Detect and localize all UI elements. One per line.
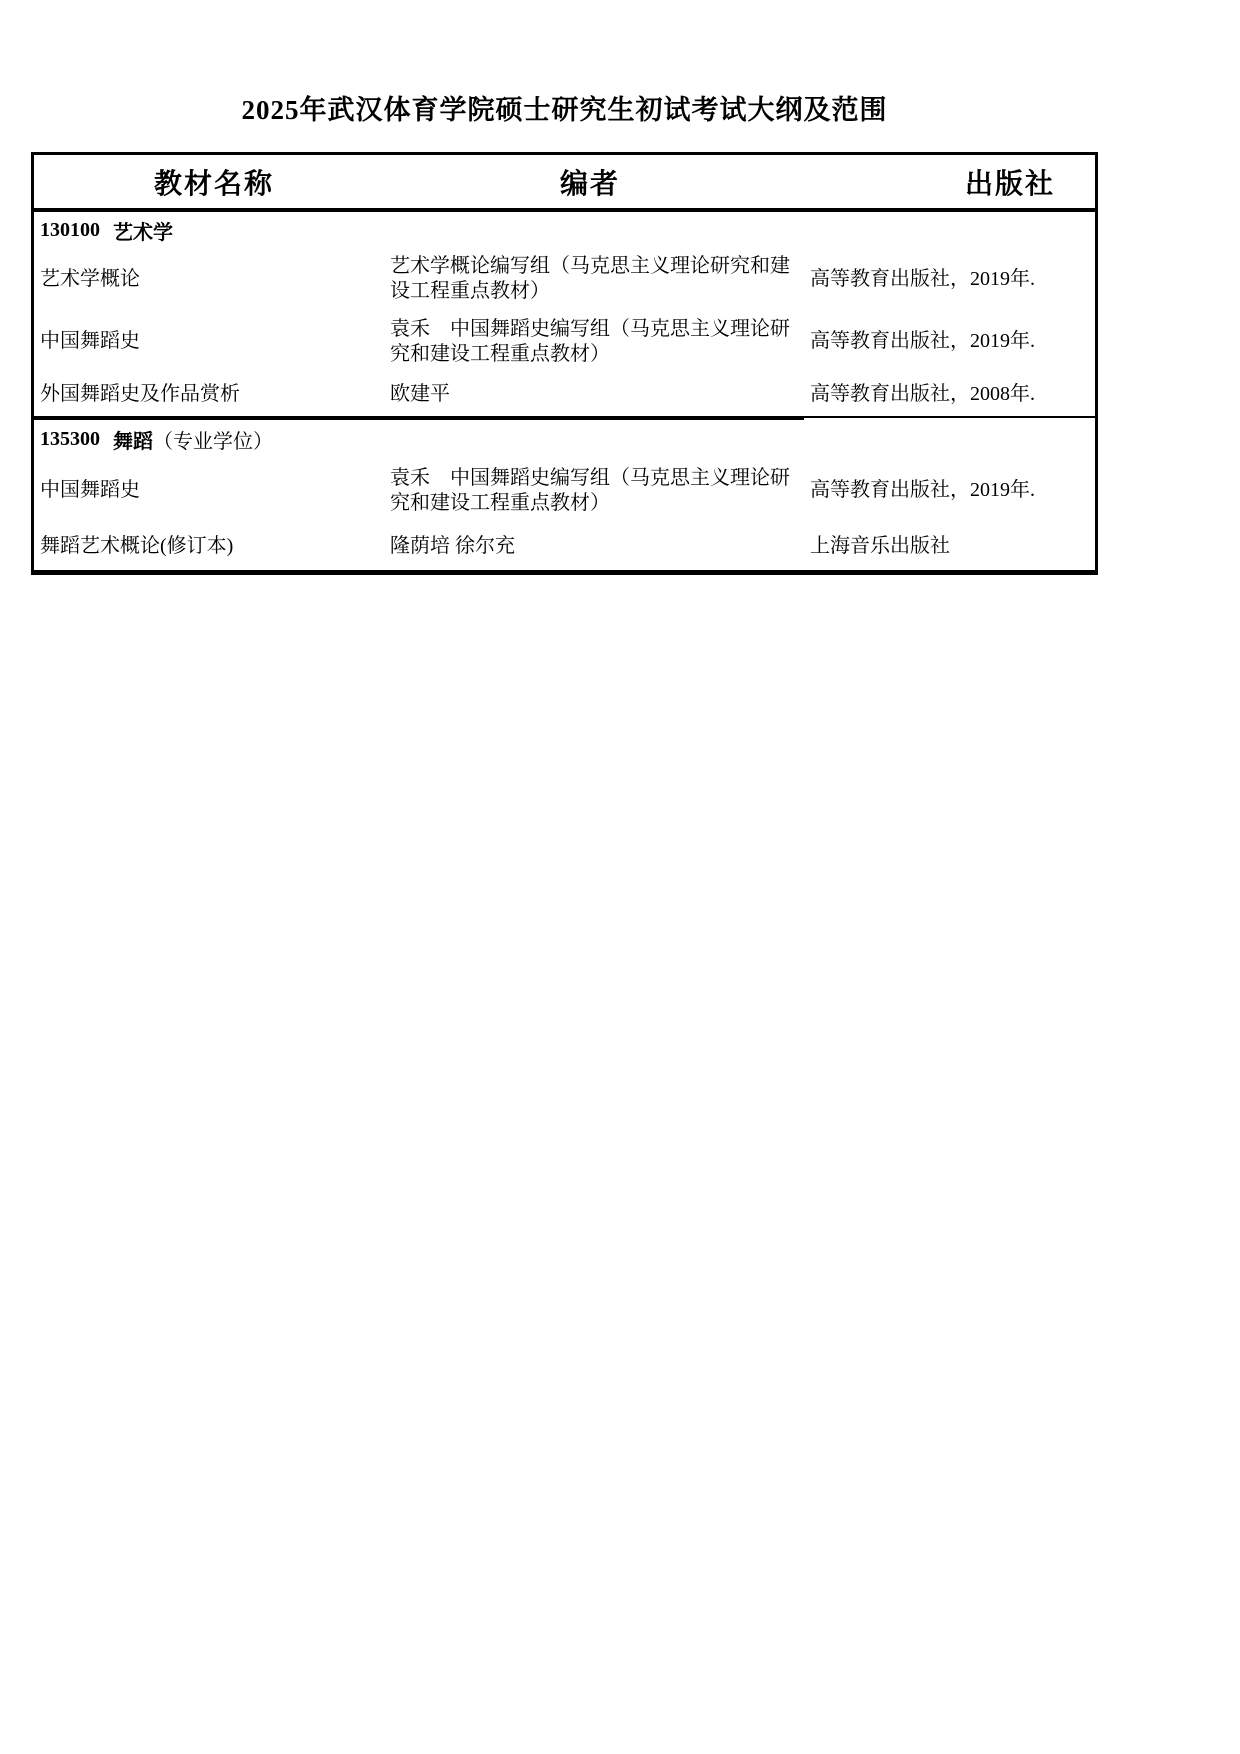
- editor-cell: 艺术学概论编写组（马克思主义理论研究和建设工程重点教材）: [384, 254, 804, 304]
- section-name: 舞蹈: [113, 425, 153, 454]
- textbook-name-cell: 中国舞蹈史: [34, 329, 384, 354]
- page: 2025年武汉体育学院硕士研究生初试考试大纲及范围 教材名称 编者 出版社 13…: [0, 0, 1240, 1754]
- table-row: 舞蹈艺术概论(修订本) 隆荫培 徐尔充 上海音乐出版社: [34, 523, 1095, 570]
- publisher-cell: 高等教育出版社，2019年.: [804, 267, 1095, 292]
- section-divider: [34, 416, 1095, 420]
- publisher-cell: 上海音乐出版社: [804, 534, 1095, 559]
- table-header-row: 教材名称 编者 出版社: [34, 155, 1095, 212]
- editor-cell: 袁禾 中国舞蹈史编写组（马克思主义理论研究和建设工程重点教材）: [384, 466, 804, 516]
- column-header-editor: 编者: [560, 162, 620, 202]
- editor-cell: 欧建平: [384, 382, 804, 407]
- textbook-table: 教材名称 编者 出版社 130100 艺术学 艺术学概论 艺术学概论编写组（马克…: [31, 152, 1098, 575]
- table-row: 艺术学概论 艺术学概论编写组（马克思主义理论研究和建设工程重点教材） 高等教育出…: [34, 248, 1095, 310]
- textbook-name-cell: 舞蹈艺术概论(修订本): [34, 534, 384, 559]
- divider-thin-segment: [804, 416, 1095, 418]
- textbook-name-cell: 中国舞蹈史: [34, 478, 384, 503]
- editor-cell: 隆荫培 徐尔充: [384, 534, 804, 559]
- publisher-cell: 高等教育出版社，2008年.: [804, 382, 1095, 407]
- editor-cell: 袁禾 中国舞蹈史编写组（马克思主义理论研究和建设工程重点教材）: [384, 317, 804, 367]
- document-title: 2025年武汉体育学院硕士研究生初试考试大纲及范围: [31, 88, 1098, 127]
- divider-thick-segment: [34, 416, 804, 420]
- section-header-130100: 130100 艺术学: [34, 212, 1095, 248]
- section-suffix: （专业学位）: [153, 425, 273, 454]
- textbook-name-cell: 艺术学概论: [34, 267, 384, 292]
- section-code: 130100: [40, 219, 100, 242]
- publisher-cell: 高等教育出版社，2019年.: [804, 478, 1095, 503]
- textbook-name-cell: 外国舞蹈史及作品赏析: [34, 382, 384, 407]
- table-row: 中国舞蹈史 袁禾 中国舞蹈史编写组（马克思主义理论研究和建设工程重点教材） 高等…: [34, 458, 1095, 523]
- table-row: 中国舞蹈史 袁禾 中国舞蹈史编写组（马克思主义理论研究和建设工程重点教材） 高等…: [34, 310, 1095, 373]
- table-row: 外国舞蹈史及作品赏析 欧建平 高等教育出版社，2008年.: [34, 373, 1095, 416]
- publisher-cell: 高等教育出版社，2019年.: [804, 329, 1095, 354]
- section-header-135300: 135300 舞蹈 （专业学位）: [34, 420, 1095, 458]
- column-header-textbook-name: 教材名称: [154, 162, 274, 202]
- section-code: 135300: [40, 428, 100, 451]
- column-header-publisher: 出版社: [965, 162, 1055, 202]
- section-name: 艺术学: [113, 216, 173, 245]
